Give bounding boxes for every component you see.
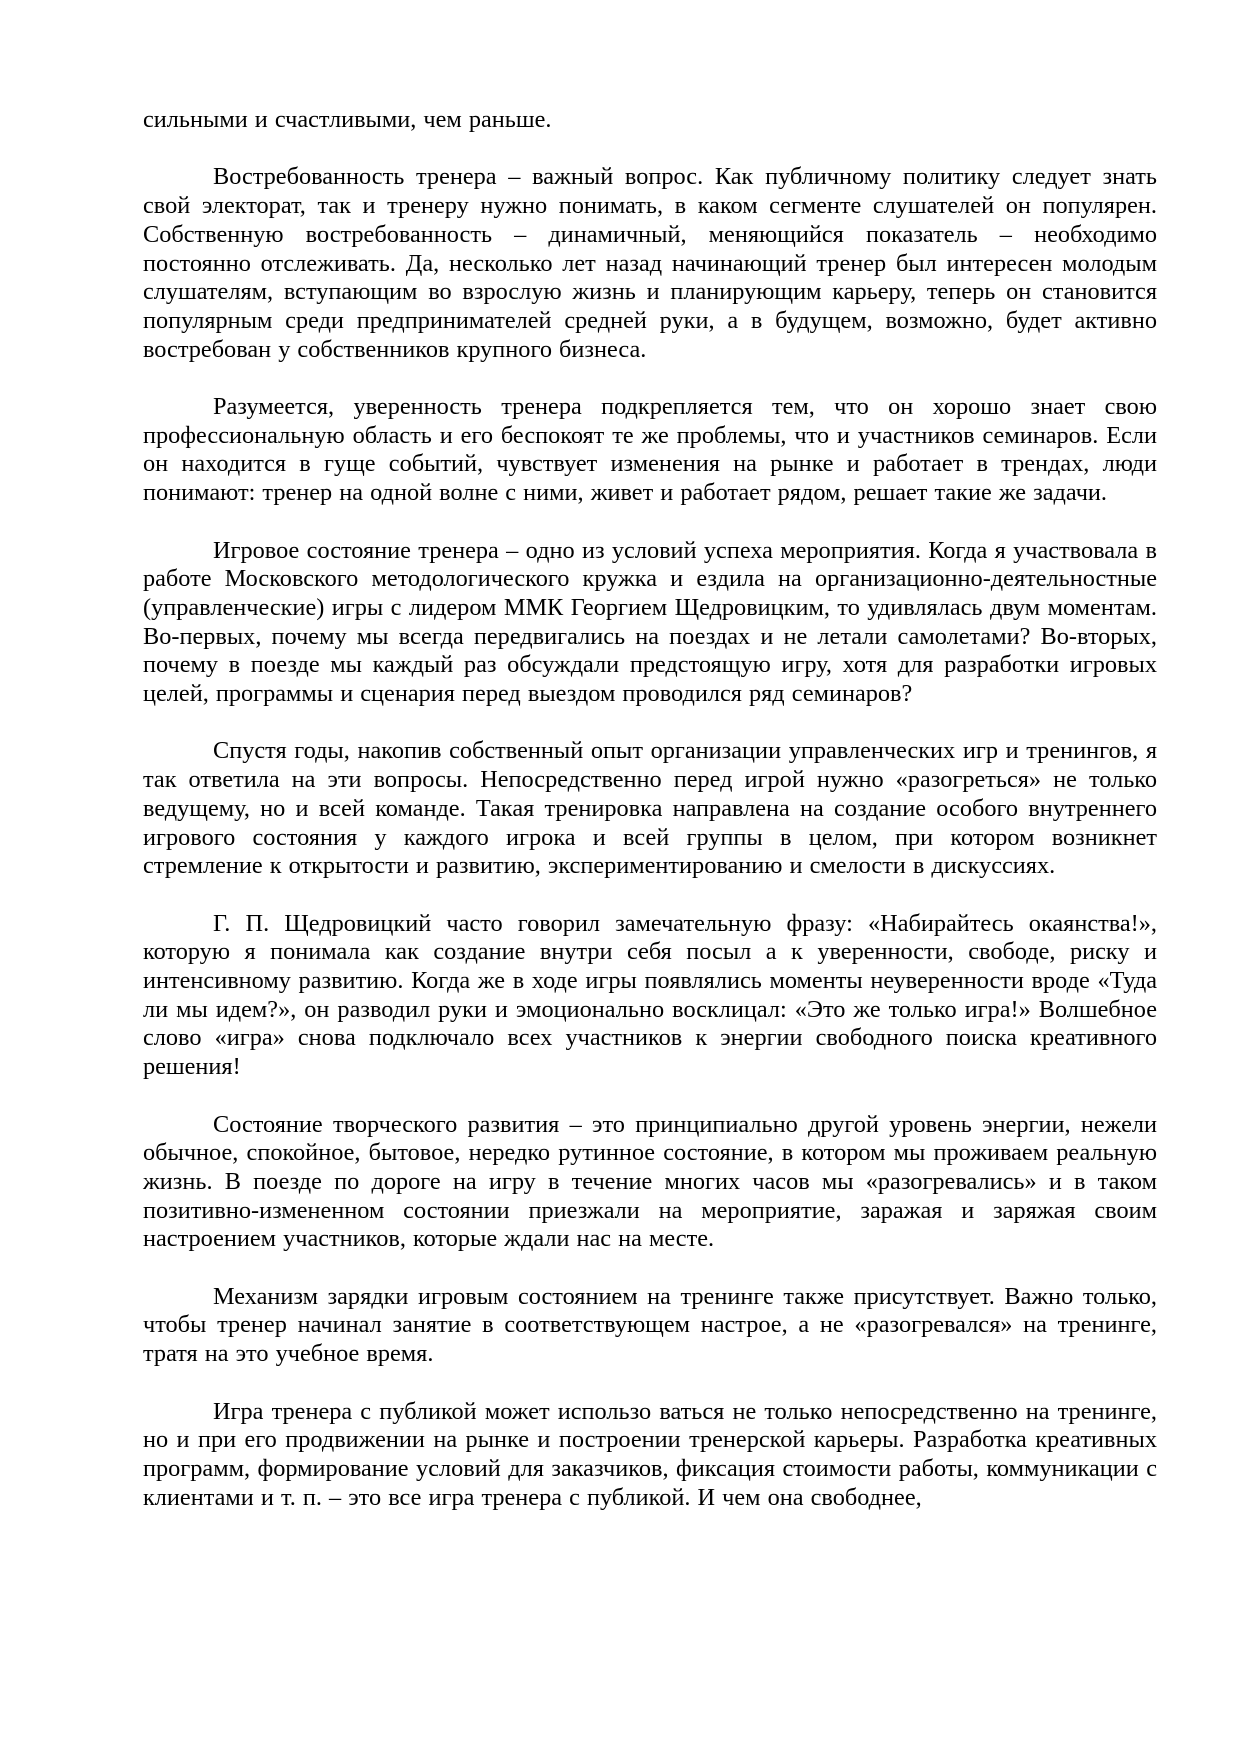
document-page: сильными и счастливыми, чем раньше. Вост… <box>0 0 1240 1754</box>
paragraph: Спустя годы, накопив собственный опыт ор… <box>143 737 1157 881</box>
paragraph: Востребованность тренера – важный вопрос… <box>143 163 1157 364</box>
page-text-block: сильными и счастливыми, чем раньше. Вост… <box>0 0 1240 1512</box>
paragraph: Механизм зарядки игровым состоянием на т… <box>143 1283 1157 1369</box>
paragraph: Игра тренера с публикой может использо в… <box>143 1398 1157 1513</box>
paragraph: Г. П. Щедровицкий часто говорил замечате… <box>143 910 1157 1082</box>
paragraph: Игровое состояние тренера – одно из усло… <box>143 537 1157 709</box>
paragraph: Разумеется, уверенность тренера подкрепл… <box>143 393 1157 508</box>
paragraph: Состояние творческого развития – это при… <box>143 1111 1157 1255</box>
paragraph-continuation: сильными и счастливыми, чем раньше. <box>143 106 1157 135</box>
